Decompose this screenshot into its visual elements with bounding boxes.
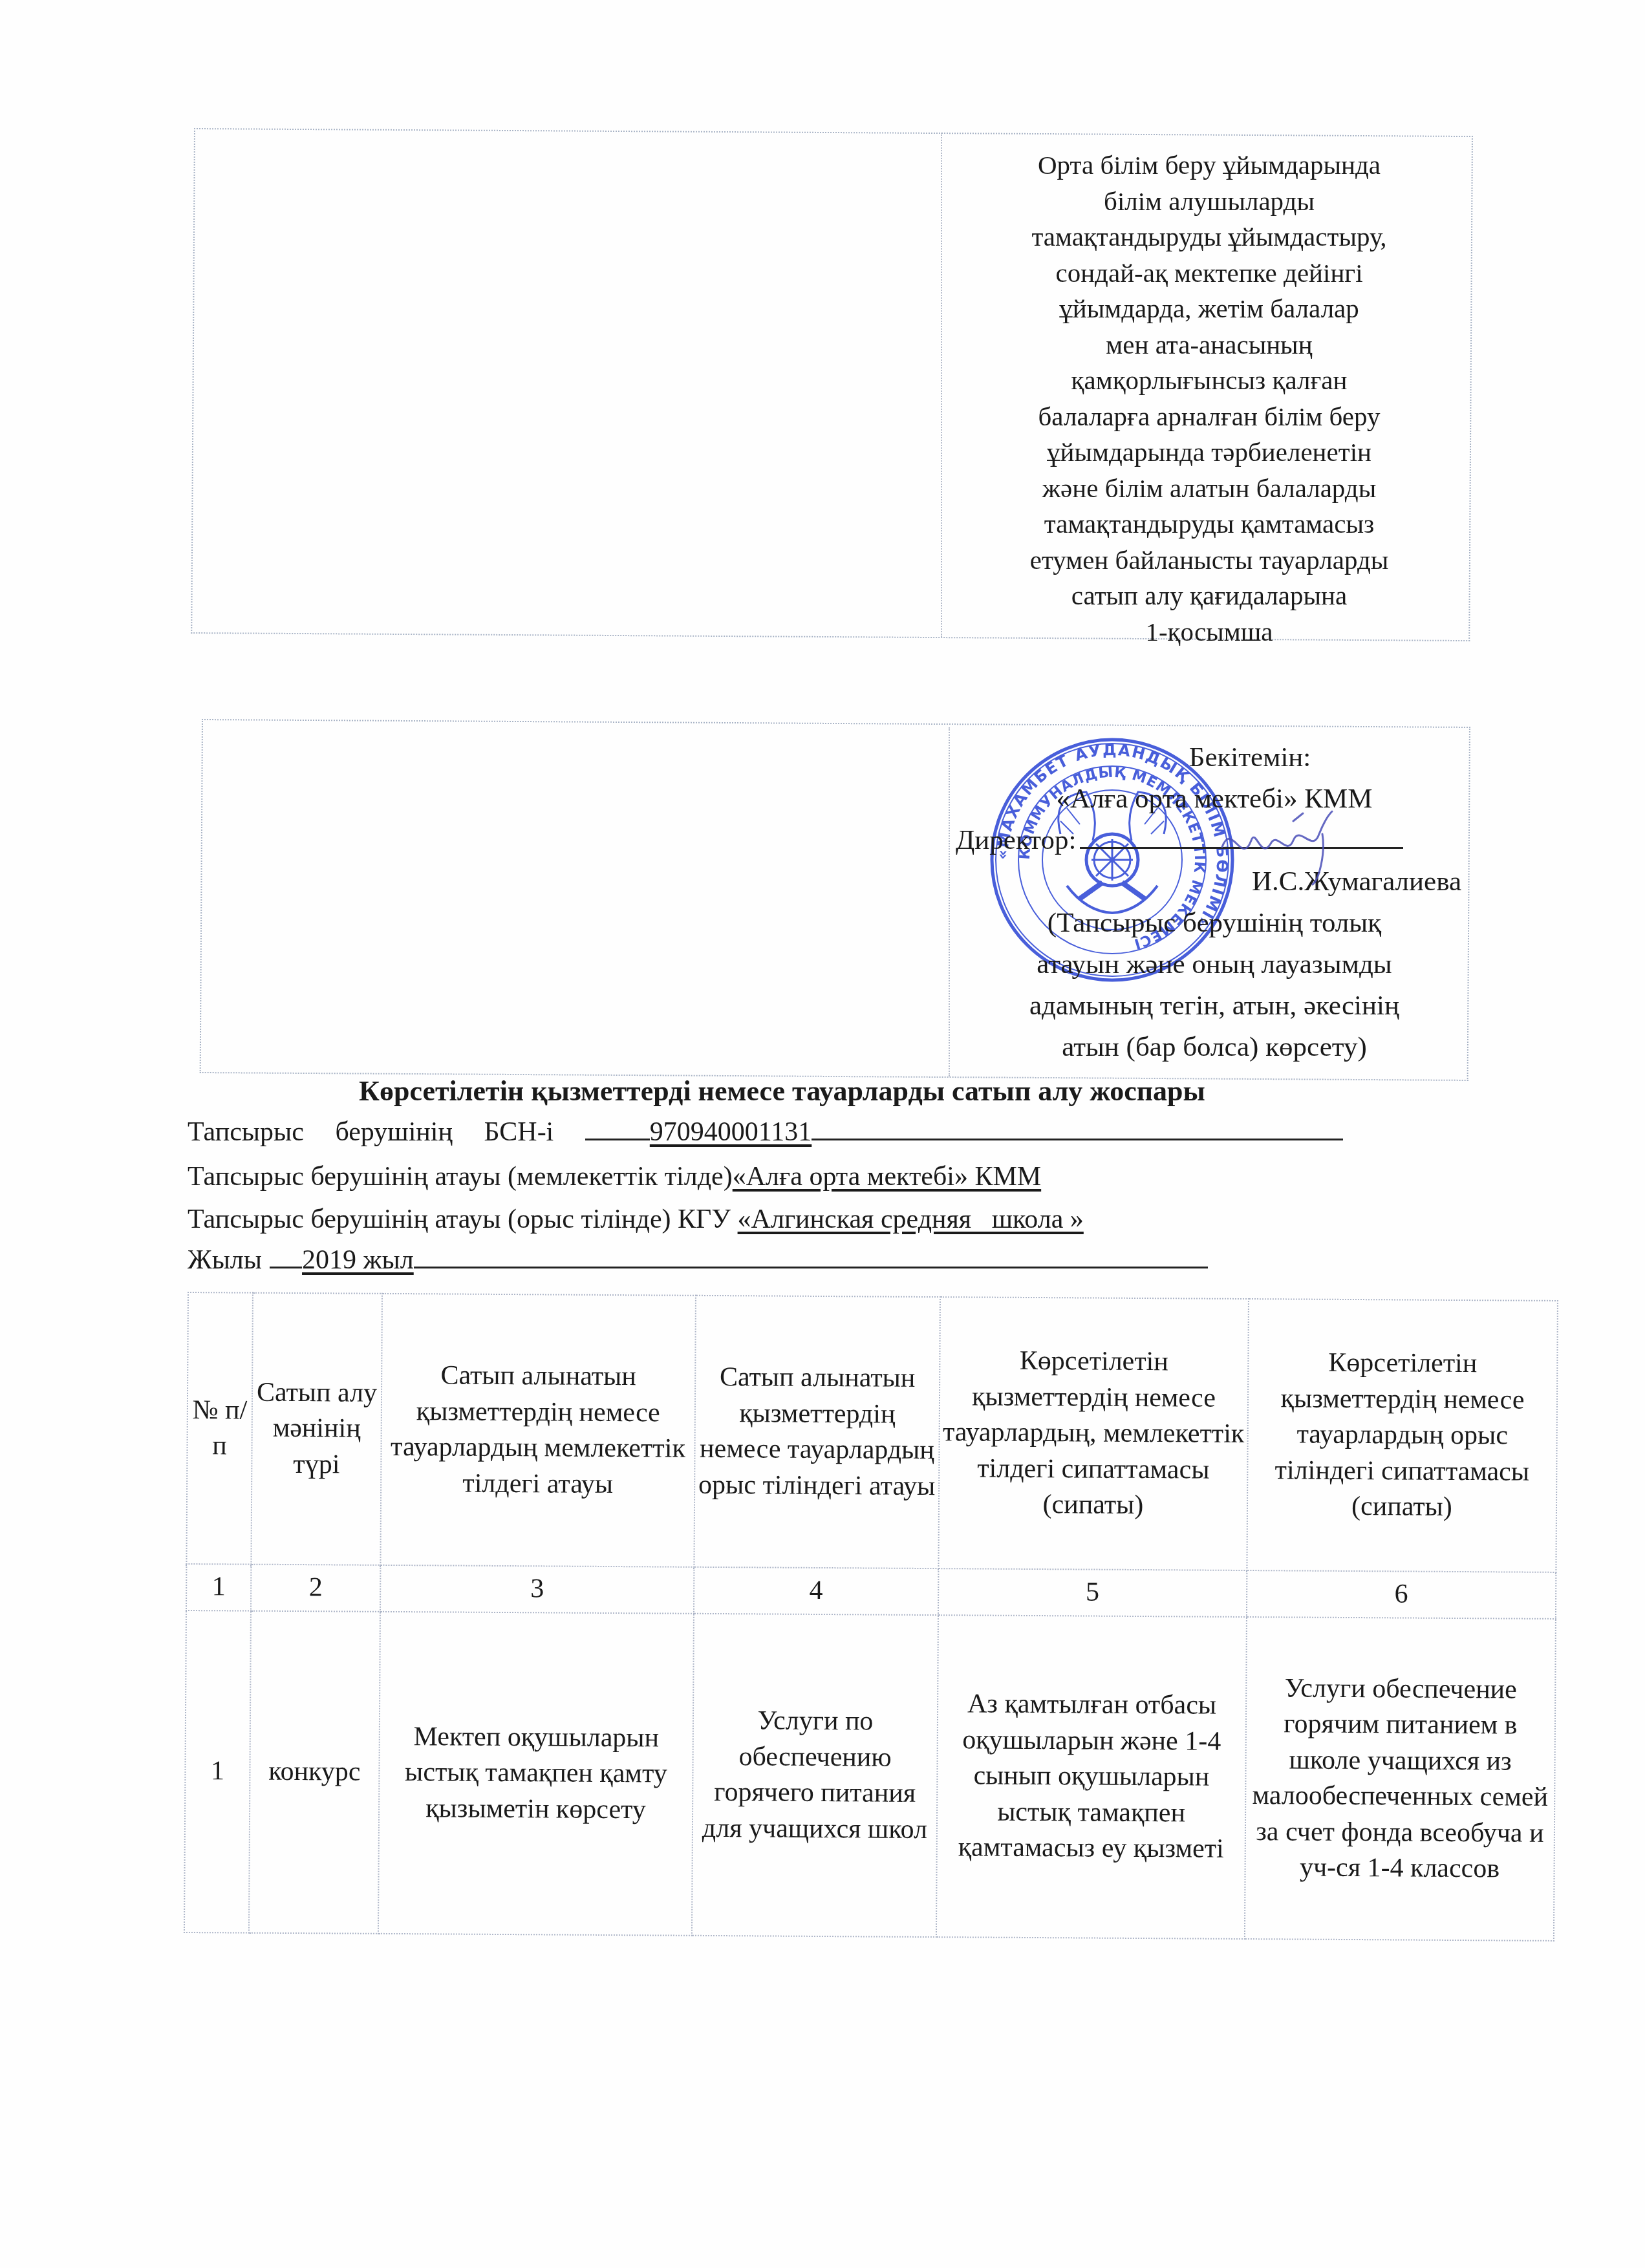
document-page: Орта білім беру ұйымдарында білім алушыл… <box>0 0 1645 2268</box>
approval-column-divider <box>949 727 950 1076</box>
cell-procurement-type: конкурс <box>249 1611 380 1934</box>
cell-description-kz: Аз қамтылған отбасы оқушыларын және 1-4 … <box>936 1615 1247 1939</box>
annex-line: және білім алатын балаларды <box>951 471 1468 507</box>
director-signature-icon <box>1216 808 1345 886</box>
column-number-row: 1 2 3 4 5 6 <box>186 1564 1556 1619</box>
annex-column-divider <box>941 133 942 637</box>
annex-line: Орта білім беру ұйымдарында <box>951 147 1468 184</box>
annex-line: балаларға арналған білім беру <box>951 399 1468 435</box>
table-row: 1 конкурс Мектеп оқушыларын ыстық тамақп… <box>184 1610 1556 1941</box>
annex-line: ұйымдарда, жетім балалар <box>951 291 1468 327</box>
approval-note-line: атауын және оның лауазымды <box>956 944 1473 985</box>
column-number: 3 <box>380 1565 694 1614</box>
annex-line: білім алушыларды <box>951 184 1468 220</box>
customer-name-ru-field: Тапсырыс берушінің атауы (орыс тілінде) … <box>188 1204 1084 1235</box>
column-number: 2 <box>251 1565 380 1612</box>
bin-label-part: БСН-і <box>484 1117 554 1147</box>
annex-line: тамақтандыруды қамтамасыз <box>951 506 1468 542</box>
annex-line: сатып алу қағидаларына <box>951 578 1468 614</box>
approval-note-line: атын (бар болса) көрсету) <box>956 1027 1473 1068</box>
approval-note-line: адамының тегін, атын, әкесінің <box>956 985 1473 1027</box>
fill-line <box>585 1132 650 1140</box>
customer-name-ru-label: Тапсырыс берушінің атауы (орыс тілінде) … <box>188 1204 738 1234</box>
customer-name-kz-field: Тапсырыс берушінің атауы (мемлекеттік ті… <box>188 1161 1041 1192</box>
year-value: 2019 жыл <box>302 1245 414 1275</box>
annex-number: 1-қосымша <box>951 614 1468 650</box>
annex-line: қамқорлығынсыз қалған <box>951 363 1468 399</box>
column-header-description-ru: Көрсетілетін қызметтердің немесе тауарла… <box>1247 1299 1558 1572</box>
column-number: 5 <box>938 1568 1247 1617</box>
fill-line <box>270 1260 302 1268</box>
cell-name-kz: Мектеп оқушыларын ыстық тамақпен қамту қ… <box>378 1612 694 1936</box>
customer-name-kz-label: Тапсырыс берушінің атауы (мемлекеттік ті… <box>188 1162 733 1192</box>
director-label: Директор: <box>956 825 1076 855</box>
cell-name-ru: Услуги по обеспечению горячего питания д… <box>692 1614 938 1937</box>
bin-field: Тапсырыс берушінің БСН-і 970940001131 <box>188 1117 1343 1148</box>
page-title: Көрсетілетін қызметтерді немесе тауарлар… <box>359 1075 1205 1107</box>
bin-label-part: берушінің <box>335 1117 453 1147</box>
annex-line: тамақтандыруды ұйымдастыру, <box>951 219 1468 255</box>
fill-line <box>812 1132 1343 1140</box>
annex-line: сондай-ақ мектепке дейінгі <box>951 255 1468 292</box>
column-header-name-ru: Сатып алынатын қызметтердің немесе тауар… <box>694 1296 940 1568</box>
procurement-plan-table: № п/п Сатып алу мәнінің түрі Сатып алына… <box>184 1292 1558 1942</box>
annex-line: мен ата-анасының <box>951 327 1468 363</box>
approval-block: Бекітемін: «Алға орта мектебі» КММ Дирек… <box>956 737 1473 1068</box>
customer-name-ru-value: «Алгинская средняя школа » <box>738 1204 1084 1234</box>
approval-organization: «Алға орта мектебі» КММ <box>956 778 1473 820</box>
year-label: Жылы <box>188 1245 262 1275</box>
approval-note-line: (Тапсырыс берушінің толық <box>956 903 1473 944</box>
column-header-number: № п/п <box>186 1292 253 1565</box>
column-header-name-kz: Сатып алынатын қызметтердің немесе тауар… <box>380 1294 696 1567</box>
column-number: 6 <box>1247 1570 1556 1619</box>
column-number: 1 <box>186 1564 251 1611</box>
annex-line: ұйымдарында тәрбиеленетін <box>951 434 1468 471</box>
cell-description-ru: Услуги обеспечение горячим питанием в шк… <box>1245 1617 1556 1941</box>
year-field: Жылы2019 жыл <box>188 1245 1208 1276</box>
annex-line: етумен байланысты тауарларды <box>951 542 1468 579</box>
column-number: 4 <box>694 1567 938 1615</box>
table-header-row: № п/п Сатып алу мәнінің түрі Сатып алына… <box>186 1292 1558 1572</box>
bin-label-part: Тапсырыс <box>188 1117 304 1147</box>
approval-heading: Бекітемін: <box>956 737 1473 778</box>
director-line: Директор: <box>956 820 1473 861</box>
bin-value: 970940001131 <box>650 1117 812 1147</box>
column-header-procurement-type: Сатып алу мәнінің түрі <box>251 1293 382 1565</box>
column-header-description-kz: Көрсетілетін қызметтердің немесе тауарла… <box>938 1297 1249 1570</box>
director-name: И.С.Жумагалиева <box>956 861 1473 903</box>
fill-line <box>414 1260 1208 1268</box>
cell-number: 1 <box>184 1610 251 1933</box>
customer-name-kz-value: «Алға орта мектебі» КММ <box>733 1162 1041 1192</box>
annex-reference: Орта білім беру ұйымдарында білім алушыл… <box>951 147 1468 650</box>
